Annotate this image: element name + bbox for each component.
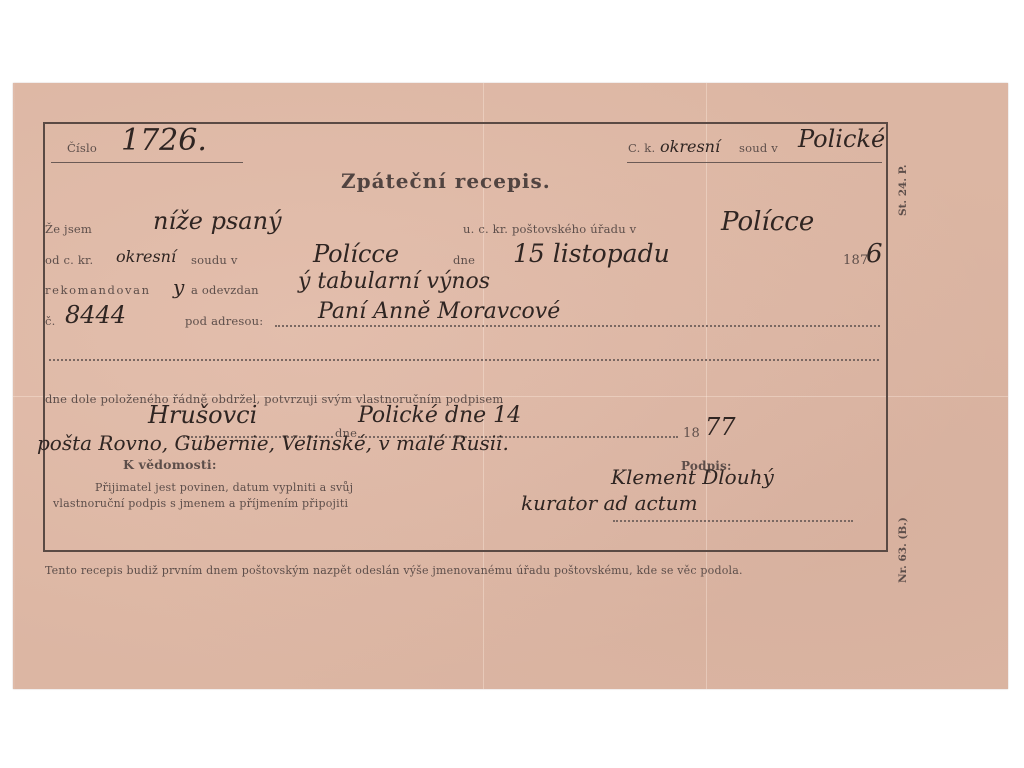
address-dotted-line-2 [49,359,879,361]
page-title: Zpáteční recepis. [341,169,551,193]
footer-instruction: Tento recepis budiž prvním dnem poštovsk… [45,564,743,577]
line3-mid-label: a odevzdan [191,283,259,297]
notice-line-2: vlastnoruční podpis s jmenem a příjmením… [53,497,348,510]
court-type-value: okresní [660,137,720,156]
line3-suffix-value: y [173,275,184,299]
court-mid-label: soud v [739,141,778,155]
line2-place-value: Polícce [313,240,399,268]
cislo-value: 1726. [121,123,207,158]
receipt-date-value: Polické dne 14 [358,403,521,428]
line2-year-hand: 6 [866,239,883,269]
receipt-place-value: Hrušovci [148,401,257,429]
court-place-value: Polické [798,125,885,153]
court-underline [627,162,882,163]
line3-value: ý tabularní výnos [298,269,490,294]
line1-label: Že jsem [45,222,92,236]
cislo-label: Číslo [67,141,97,155]
line2-mid-label: soudu v [191,253,238,267]
line4-label: pod adresou: [185,314,263,328]
form-code-top: St. 24. P. [897,165,909,216]
line2-year-print: 187 [843,253,868,268]
line1-mid-label: u. c. kr. poštovského úřadu v [463,222,636,236]
line2-date-value: 15 listopadu [513,239,670,268]
cislo-underline [51,162,243,163]
line3-label: rekomandovan [45,283,151,297]
line4-number-value: 8444 [65,301,126,329]
address-value: Paní Anně Moravcové [318,299,560,324]
notice-line-1: Přijimatel jest povinen, datum vyplniti … [95,481,353,494]
recipient-address-value: pošta Rovno, Gubernie, Velinské, v malé … [37,431,509,455]
postal-receipt-document: Číslo 1726. C. k. okresní soud v Polické… [13,83,1008,689]
form-code-bottom: Nr. 63. (B.) [897,517,909,583]
receipt-year-hand: 77 [705,413,736,441]
line2-dne-label: dne [453,253,475,267]
line1-place-value: Polícce [721,207,814,237]
line4-c-label: č. [45,314,56,328]
address-dotted-line [275,325,880,327]
receipt-year-print: 18 [683,426,700,441]
line1-value: níže psaný [153,207,282,235]
line2-label: od c. kr. [45,253,93,267]
line2-court-value: okresní [116,247,176,266]
signature-line-2: kurator ad actum [521,491,698,515]
signature-dotted-line [613,520,853,522]
notice-heading: K vědomosti: [123,457,217,472]
signature-line-1: Klement Dlouhý [611,465,774,489]
court-prefix: C. k. [628,141,655,155]
